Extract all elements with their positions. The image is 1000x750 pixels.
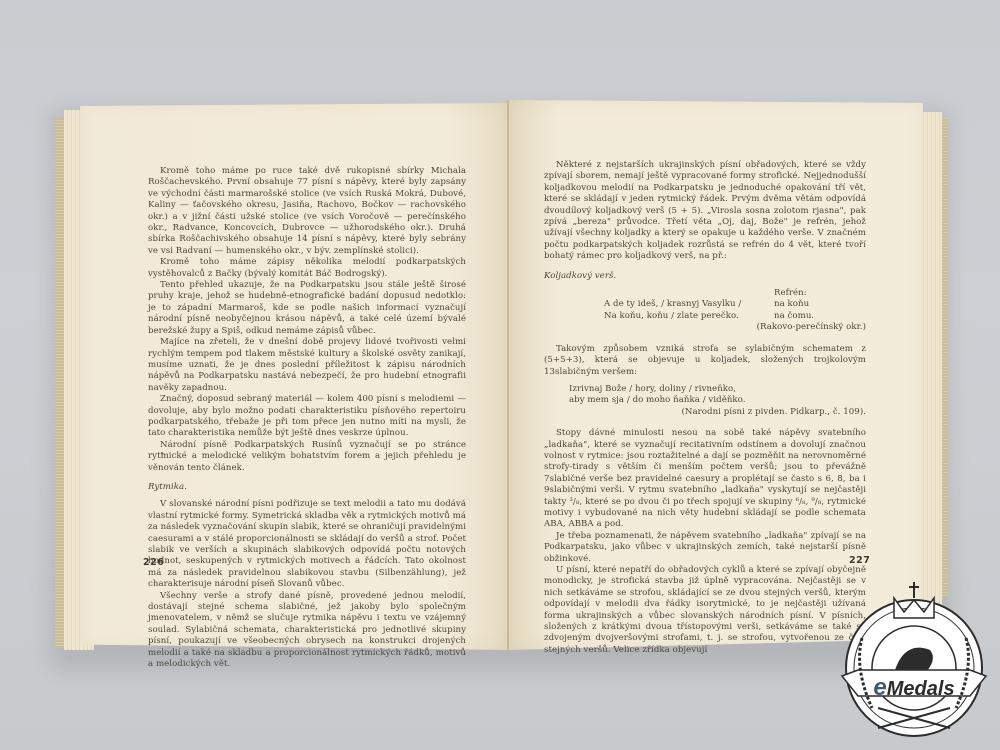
book-gutter bbox=[507, 100, 509, 650]
paragraph: Majíce na zřeteli, že v dnešní době proj… bbox=[148, 337, 466, 394]
paragraph: Kromě toho máme po ruce také dvě rukopis… bbox=[148, 166, 466, 257]
verse-heading: Koljadkový verš. bbox=[544, 271, 866, 282]
paragraph: Tento přehled ukazuje, že na Podkarpatsk… bbox=[148, 280, 466, 337]
paragraph: Některé z nejstarších ukrajinských písní… bbox=[544, 160, 866, 263]
left-page-text: Kromě toho máme po ruce také dvě rukopis… bbox=[148, 166, 466, 670]
margin-mark bbox=[161, 452, 163, 454]
verse-line: Na koňu, koňu / zlate perečko. bbox=[544, 311, 774, 322]
verse-line: A de ty ideš, / krasnyj Vasylku / bbox=[544, 299, 774, 310]
paragraph: Značný, doposud sebraný materiál — kolem… bbox=[148, 394, 466, 440]
paragraph: Národní písně Podkarpatských Rusínů vyzn… bbox=[148, 440, 466, 474]
paragraph: U písní, které nepatří do obřadových cyk… bbox=[544, 565, 866, 656]
page-stack-right bbox=[920, 112, 942, 632]
verse-line: aby mem sja / do moho ňaňka / viděňko. bbox=[544, 395, 866, 406]
paragraph: V slovanské národní písni podřizuje se t… bbox=[148, 499, 466, 590]
paragraph: Všechny verše a strofy dané písně, prove… bbox=[148, 591, 466, 671]
verse-line: Izrivnaj Bože / hory, doliny / rivneňko, bbox=[544, 384, 866, 395]
page-number-left: 226 bbox=[143, 557, 164, 568]
verse-source: (Narodni písni z pivden. Pidkarp., č. 10… bbox=[544, 407, 866, 418]
verse-example-1: Refrén: A de ty ideš, / krasnyj Vasylku … bbox=[544, 288, 866, 334]
emedals-watermark-logo: eMedals bbox=[838, 578, 990, 743]
paragraph: Stopy dávné minulosti nesou na sobě také… bbox=[544, 428, 866, 531]
page-number-right: 227 bbox=[849, 555, 870, 566]
verse-example-2: Izrivnaj Bože / hory, doliny / rivneňko,… bbox=[544, 384, 866, 418]
verse-source: (Rakovo-perečínský okr.) bbox=[544, 322, 866, 333]
paragraph: Takovým způsobem vzniká strofa se sylabi… bbox=[544, 344, 866, 378]
verse-refrain: na čomu. bbox=[774, 311, 854, 322]
verse-refrain: na koňu bbox=[774, 299, 854, 310]
paragraph: Je třeba poznamenati, že nápěvem svatebn… bbox=[544, 531, 866, 565]
brand-name: eMedals bbox=[838, 674, 990, 702]
paragraph: Kromě toho máme zápisy několika melodií … bbox=[148, 257, 466, 280]
right-page-text: Některé z nejstarších ukrajinských písní… bbox=[544, 160, 866, 656]
section-heading: Rytmika. bbox=[148, 482, 466, 493]
refrain-label: Refrén: bbox=[774, 288, 854, 299]
crest-icon bbox=[838, 578, 990, 743]
